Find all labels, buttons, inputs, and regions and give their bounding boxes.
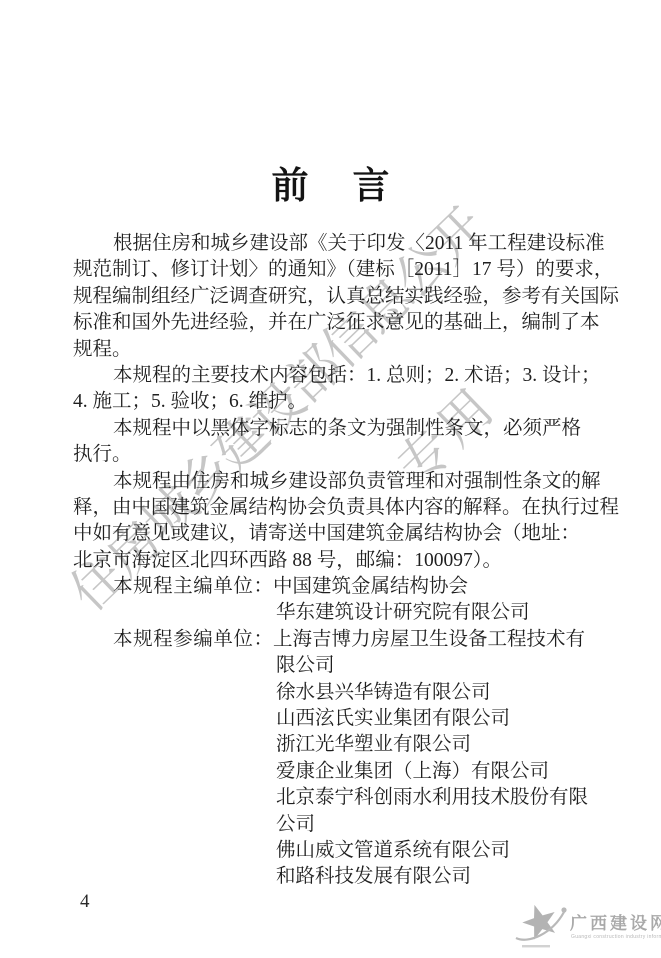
participant-unit: 和路科技发展有限公司 — [73, 864, 603, 890]
participant-unit: 限公司 — [73, 653, 603, 679]
body-line: 规程编制组经广泛调查研究，认真总结实践经验，参考有关国际 — [73, 284, 603, 310]
logo-tagline: Guangxi construction industry informatio… — [571, 934, 661, 940]
title-char-1: 前 — [272, 166, 309, 207]
body-line: 中如有意见或建议，请寄送中国建筑金属结构协会（地址： — [73, 521, 603, 547]
document-page: 住房城乡建设部信息公开 专用 前言 根据住房和城乡建设部《关于印发〈2011 年… — [0, 0, 661, 958]
page-title: 前言 — [0, 155, 661, 209]
body-line: 标准和国外先进经验，并在广泛征求意见的基础上，编制了本 — [73, 310, 603, 336]
participant-unit: 佛山威文管道系统有限公司 — [73, 838, 603, 864]
participant-unit: 爱康企业集团（上海）有限公司 — [73, 759, 603, 785]
publisher-logo: 广西建设网 Guangxi construction industry info… — [512, 896, 661, 954]
participant-unit: 山西泫氏实业集团有限公司 — [73, 706, 603, 732]
body-line: 执行。 — [73, 442, 603, 468]
body-line: 规程。 — [73, 337, 603, 363]
preface-body: 根据住房和城乡建设部《关于印发〈2011 年工程建设标准 规范制订、修订计划〉的… — [73, 231, 603, 891]
chief-editor-row: 本规程主编单位：中国建筑金属结构协会 — [73, 574, 603, 600]
participants-label: 本规程参编单位： — [113, 627, 273, 653]
star-swoosh-icon — [512, 898, 568, 952]
page-number: 4 — [80, 891, 90, 913]
body-line: 本规程的主要技术内容包括：1. 总则；2. 术语；3. 设计； — [73, 363, 603, 389]
participant-unit: 浙江光华塑业有限公司 — [73, 732, 603, 758]
chief-editor-label: 本规程主编单位： — [113, 574, 273, 600]
body-line: 北京市海淀区北四环西路 88 号，邮编：100097）。 — [73, 548, 603, 574]
participant-unit: 北京泰宁科创雨水利用技术股份有限 — [73, 785, 603, 811]
body-line: 规范制订、修订计划〉的通知》（建标［2011］17 号）的要求， — [73, 257, 603, 283]
body-line: 4. 施工；5. 验收；6. 维护。 — [73, 389, 603, 415]
body-line: 释，由中国建筑金属结构协会负责具体内容的解释。在执行过程 — [73, 495, 603, 521]
participant-unit: 公司 — [73, 812, 603, 838]
body-line: 本规程中以黑体字标志的条文为强制性条文，必须严格 — [73, 416, 603, 442]
logo-text: 广西建设网 — [570, 909, 661, 934]
participants-row: 本规程参编单位：上海吉博力房屋卫生设备工程技术有 — [73, 627, 603, 653]
participant-unit: 上海吉博力房屋卫生设备工程技术有 — [273, 629, 585, 650]
body-line: 根据住房和城乡建设部《关于印发〈2011 年工程建设标准 — [73, 231, 603, 257]
chief-editor-unit: 华东建筑设计研究院有限公司 — [73, 600, 603, 626]
participant-unit: 徐水县兴华铸造有限公司 — [73, 680, 603, 706]
title-char-2: 言 — [353, 166, 390, 207]
chief-editor-unit: 中国建筑金属结构协会 — [273, 576, 468, 597]
body-line: 本规程由住房和城乡建设部负责管理和对强制性条文的解 — [73, 469, 603, 495]
